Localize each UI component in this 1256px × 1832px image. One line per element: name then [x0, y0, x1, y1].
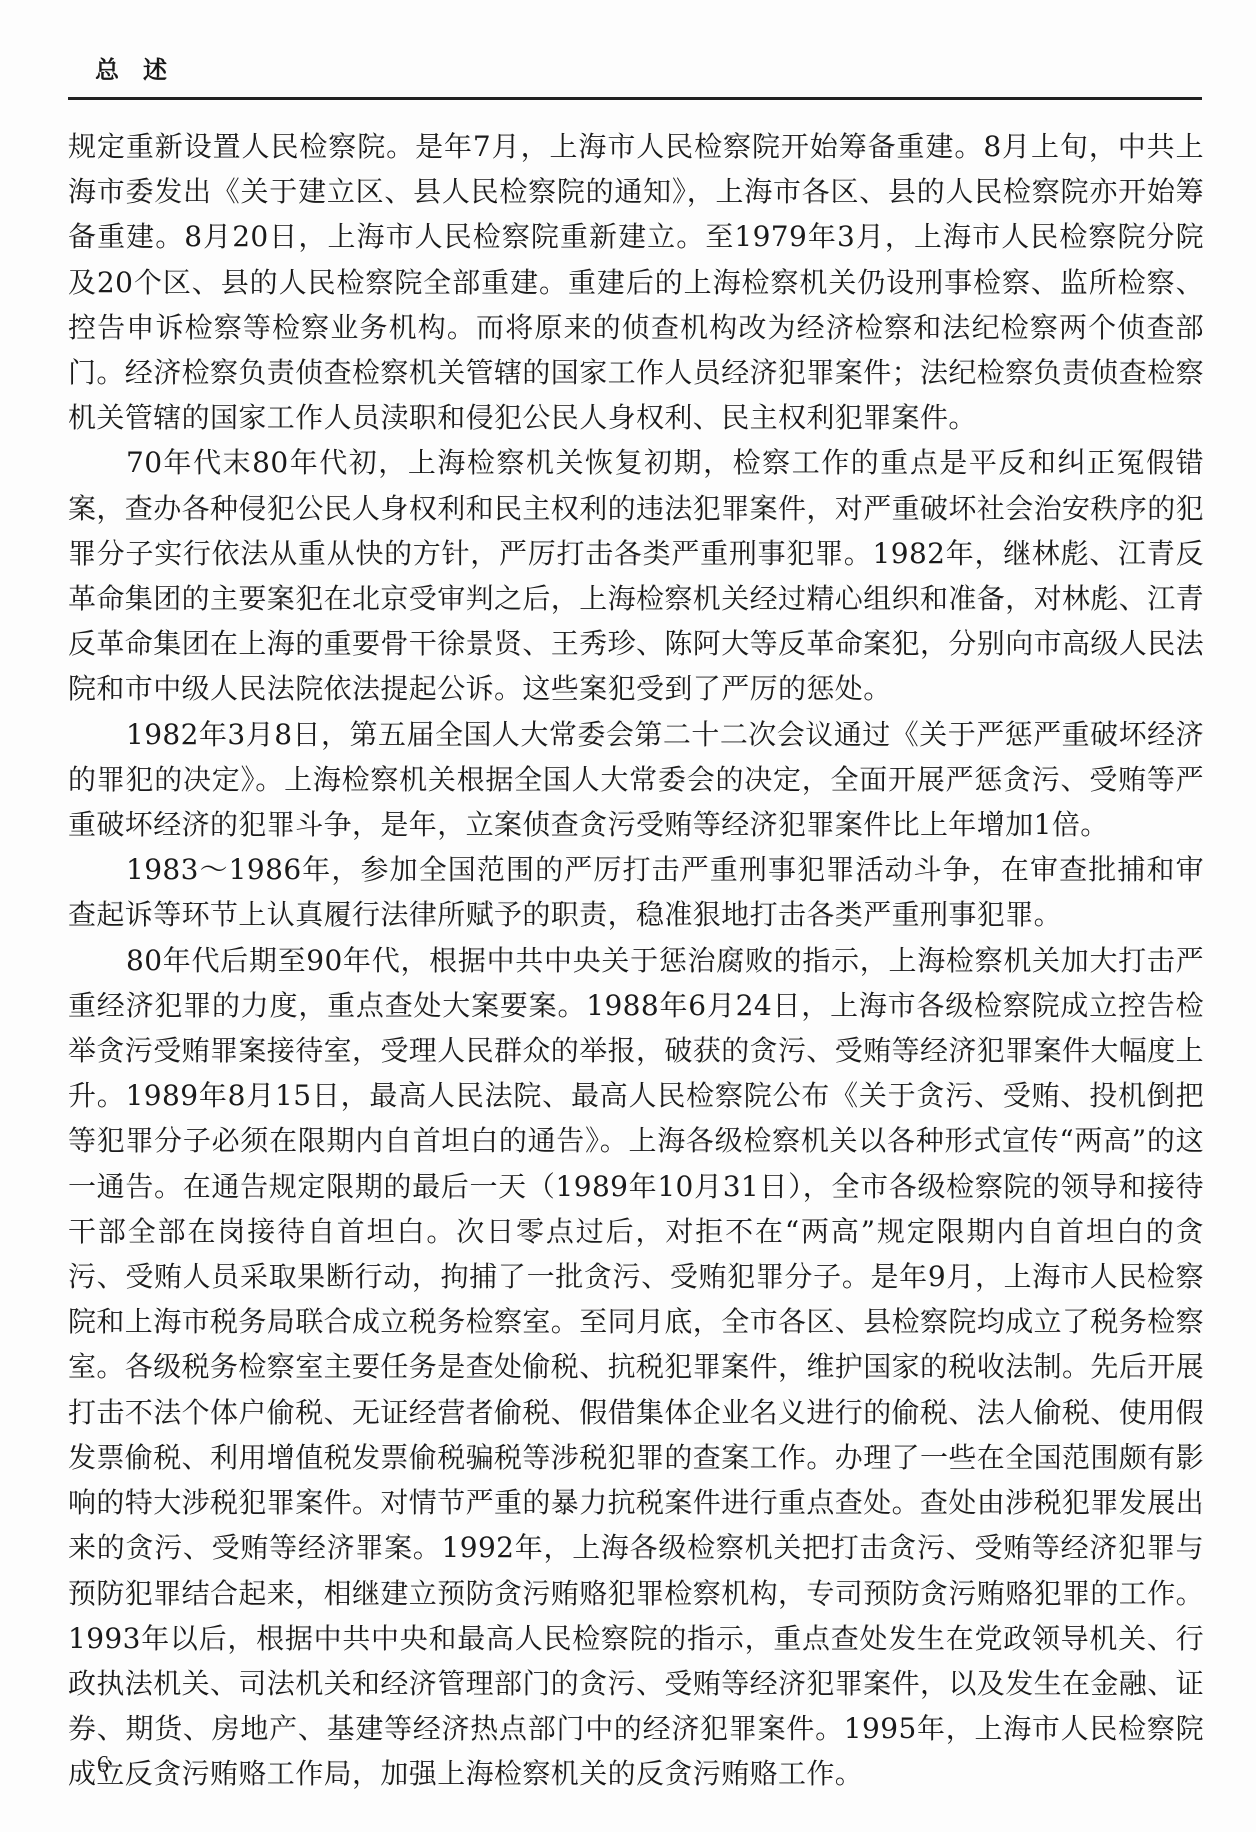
paragraph: 1983～1986年，参加全国范围的严厉打击严重刑事犯罪活动斗争，在审查批捕和审…	[68, 847, 1204, 937]
paragraph: 1982年3月8日，第五届全国人大常委会第二十二次会议通过《关于严惩严重破坏经济…	[68, 712, 1204, 848]
body-text: 规定重新设置人民检察院。是年7月，上海市人民检察院开始筹备重建。8月上旬，中共上…	[68, 124, 1204, 1797]
header-rule	[68, 97, 1202, 100]
paragraph: 80年代后期至90年代，根据中共中央关于惩治腐败的指示，上海检察机关加大打击严重…	[68, 938, 1204, 1797]
paragraph: 规定重新设置人民检察院。是年7月，上海市人民检察院开始筹备重建。8月上旬，中共上…	[68, 124, 1204, 440]
running-head: 总述	[95, 50, 191, 85]
paragraph: 70年代末80年代初，上海检察机关恢复初期，检察工作的重点是平反和纠正冤假错案，…	[68, 440, 1204, 711]
page-number: 6	[97, 1752, 109, 1779]
